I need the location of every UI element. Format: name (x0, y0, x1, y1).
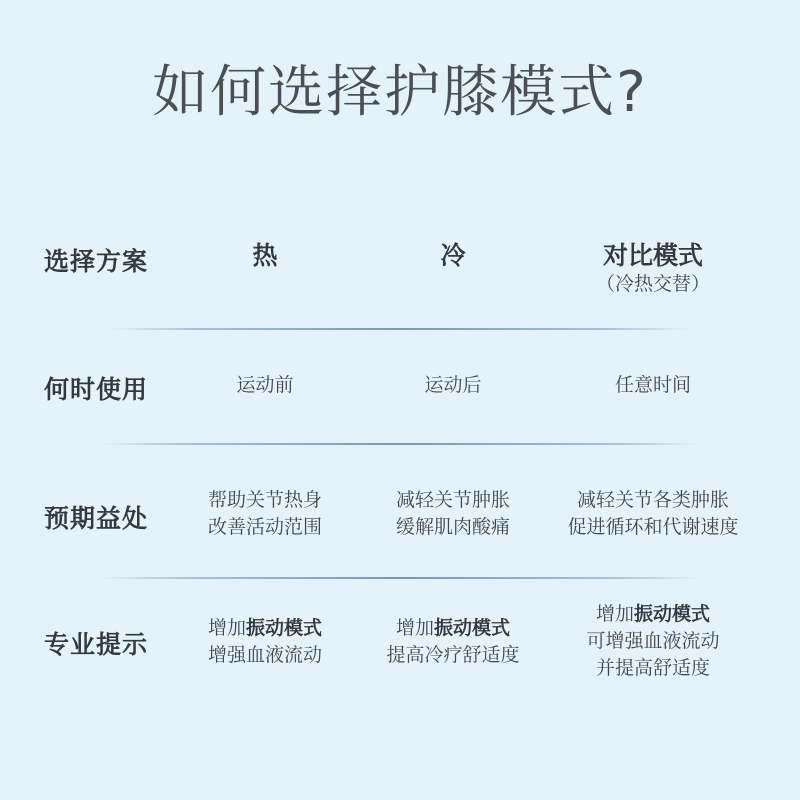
cell-cold-tips: 增加振动模式 提高冷疗舒适度 (378, 615, 528, 669)
divider (100, 577, 700, 579)
column-contrast: 对比模式 （冷热交替） (548, 242, 758, 298)
column-heat: 热 (190, 242, 340, 269)
cell-line: 增加振动模式 (378, 615, 528, 642)
cell-line: 增加振动模式 (548, 601, 758, 628)
tip-emphasis: 振动模式 (634, 603, 710, 625)
cell-heat-tips: 增加振动模式 增强血液流动 (190, 615, 340, 669)
cell-line: 帮助关节热身 (190, 487, 340, 514)
cell-line: 促进循环和代谢速度 (548, 514, 758, 541)
column-contrast-subtitle: （冷热交替） (548, 271, 758, 298)
tip-emphasis: 振动模式 (434, 617, 510, 639)
page-title: 如何选择护膝模式? (0, 48, 800, 128)
divider (110, 328, 690, 330)
tip-emphasis: 振动模式 (246, 617, 322, 639)
row-label-plan: 选择方案 (44, 242, 164, 278)
cell-heat-when: 运动前 (190, 372, 340, 399)
column-cold: 冷 (378, 242, 528, 269)
cell-line: 改善活动范围 (190, 514, 340, 541)
cell-line: 提高冷疗舒适度 (378, 642, 528, 669)
tip-prefix: 增加 (596, 603, 634, 625)
cell-line: 增强血液流动 (190, 642, 340, 669)
cell-line: 减轻关节肿胀 (378, 487, 528, 514)
cell-contrast-when: 任意时间 (548, 372, 758, 399)
cell-line: 缓解肌肉酸痛 (378, 514, 528, 541)
cell-heat-benefits: 帮助关节热身 改善活动范围 (190, 487, 340, 541)
tip-prefix: 增加 (396, 617, 434, 639)
cell-cold-when: 运动后 (378, 372, 528, 399)
divider (100, 443, 700, 445)
row-label-tips: 专业提示 (44, 625, 164, 661)
cell-line: 并提高舒适度 (548, 655, 758, 682)
cell-line: 可增强血液流动 (548, 628, 758, 655)
tip-prefix: 增加 (208, 617, 246, 639)
row-label-benefits: 预期益处 (44, 499, 164, 535)
cell-cold-benefits: 减轻关节肿胀 缓解肌肉酸痛 (378, 487, 528, 541)
cell-contrast-benefits: 减轻关节各类肿胀 促进循环和代谢速度 (548, 487, 758, 541)
column-contrast-title: 对比模式 (548, 242, 758, 269)
cell-line: 增加振动模式 (190, 615, 340, 642)
cell-contrast-tips: 增加振动模式 可增强血液流动 并提高舒适度 (548, 601, 758, 682)
row-label-when: 何时使用 (44, 370, 164, 406)
cell-line: 减轻关节各类肿胀 (548, 487, 758, 514)
